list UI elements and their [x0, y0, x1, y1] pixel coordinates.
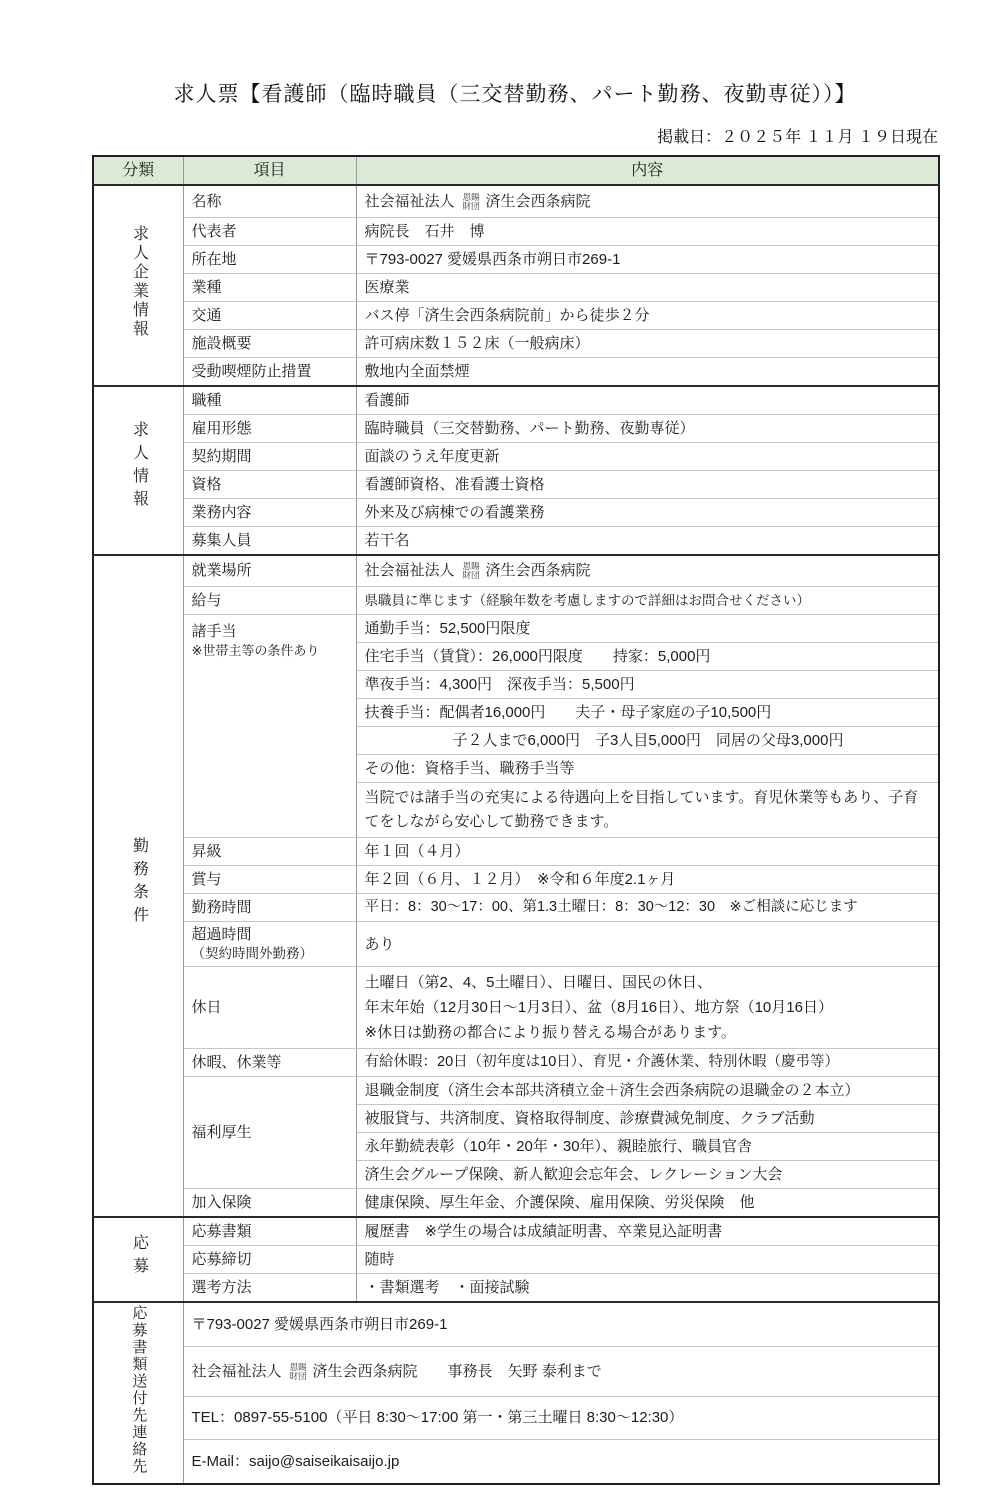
job-posting-table: 分類 項目 内容 求人企業情報 名称 社会福祉法人恩賜財団済生会西条病院 代表者…: [92, 155, 940, 1485]
cell-contract: 面談のうえ年度更新: [356, 442, 939, 470]
section-label-work-text: 勤務条件: [129, 837, 147, 929]
table-row: 選考方法 ・書類選考 ・面接試験: [93, 1274, 939, 1303]
cell-duties: 外来及び病棟での看護業務: [356, 498, 939, 526]
cell-allowance-housing: 住宅手当（賃貸）：26,000円限度 持家：5,000円: [356, 643, 939, 671]
cell-selection: ・書類選考 ・面接試験: [356, 1274, 939, 1303]
table-row: E-Mail：saijo@saiseikaisaijo.jp: [93, 1440, 939, 1484]
section-label-apply-text: 応募: [129, 1234, 147, 1280]
cell-industry: 医療業: [356, 273, 939, 301]
table-row: 所在地 〒793-0027 愛媛県西条市朔日市269-1: [93, 245, 939, 273]
table-row: 求人情報 職種 看護師: [93, 386, 939, 415]
cell-employment: 臨時職員（三交替勤務、パート勤務、夜勤専従）: [356, 414, 939, 442]
org-stack-bottom: 財団: [290, 1372, 307, 1381]
table-row: 勤務時間 平日：8：30～17：00、第1.3土曜日：8：30～12：30 ※ご…: [93, 894, 939, 922]
table-row: 超過時間 （契約時間外勤務） あり: [93, 922, 939, 967]
cell-salary: 県職員に準じます（経験年数を考慮しますので詳細はお問合せください）: [356, 587, 939, 615]
row-label-welfare: 福利厚生: [183, 1077, 356, 1189]
cell-overtime: あり: [356, 922, 939, 967]
org-name-line: 社会福祉法人恩賜財団済生会西条病院: [192, 1361, 418, 1382]
cell-leave: 有給休暇：20日（初年度は10日）、育児・介護休業、特別休暇（慶弔等）: [356, 1049, 939, 1077]
row-label-industry: 業種: [183, 273, 356, 301]
row-label-deadline: 応募締切: [183, 1246, 356, 1274]
col-header-item: 項目: [183, 156, 356, 185]
cell-welfare-awards: 永年勤続表彰（10年・20年・30年）、親睦旅行、職員官舎: [356, 1133, 939, 1161]
cell-contact-address: 〒793-0027 愛媛県西条市朔日市269-1: [183, 1302, 939, 1346]
holiday-line-3: ※休日は勤務の都合により振り替える場合があります。: [365, 1024, 736, 1041]
table-row: 業務内容 外来及び病棟での看護業務: [93, 498, 939, 526]
org-prefix: 社会福祉法人: [365, 562, 455, 579]
section-label-company-text: 求人企業情報: [129, 225, 147, 339]
table-row: 勤務条件 就業場所 社会福祉法人恩賜財団済生会西条病院: [93, 555, 939, 587]
table-row: 加入保険 健康保険、厚生年金、介護保険、雇用保険、労災保険 他: [93, 1189, 939, 1218]
row-label-job-type: 職種: [183, 386, 356, 415]
row-label-selection: 選考方法: [183, 1274, 356, 1303]
table-row: 賞与 年２回（６月、１２月） ※令和６年度2.1ヶ月: [93, 866, 939, 894]
cell-smoking: 敷地内全面禁煙: [356, 357, 939, 386]
table-row: 交通 バス停「済生会西条病院前」から徒歩２分: [93, 301, 939, 329]
contact-label-documents: 応募書類: [128, 1305, 148, 1373]
row-label-salary: 給与: [183, 587, 356, 615]
table-header-row: 分類 項目 内容: [93, 156, 939, 185]
cell-welfare-systems: 被服貸与、共済制度、資格取得制度、診療費減免制度、クラブ活動: [356, 1105, 939, 1133]
org-hospital-name: 済生会西条病院: [486, 193, 591, 210]
org-prefix: 社会福祉法人: [365, 193, 455, 210]
cell-facility: 許可病床数１５２床（一般病床）: [356, 329, 939, 357]
org-stack-bottom: 財団: [463, 202, 480, 211]
row-label-name: 名称: [183, 185, 356, 217]
table-row: 休暇、休業等 有給休暇：20日（初年度は10日）、育児・介護休業、特別休暇（慶弔…: [93, 1049, 939, 1077]
org-prefix: 社会福祉法人: [192, 1363, 282, 1380]
cell-allowance-children: 子２人まで6,000円 子3人目5,000円 同居の父母3,000円: [356, 727, 939, 755]
col-header-category: 分類: [93, 156, 183, 185]
table-row: 社会福祉法人恩賜財団済生会西条病院 事務長 矢野 泰利まで: [93, 1346, 939, 1396]
cell-welfare-retirement: 退職金制度（済生会本部共済積立金＋済生会西条病院の退職金の２本立）: [356, 1077, 939, 1105]
allowance-label-text: 諸手当: [192, 623, 237, 640]
row-label-holiday: 休日: [183, 967, 356, 1049]
row-label-hours: 勤務時間: [183, 894, 356, 922]
cell-contact-tel: TEL：0897-55-5100（平日 8:30～17:00 第一・第三土曜日 …: [183, 1396, 939, 1440]
row-label-qualification: 資格: [183, 470, 356, 498]
table-row: 応募締切 随時: [93, 1246, 939, 1274]
org-stack-bottom: 財団: [463, 571, 480, 580]
cell-representative: 病院長 石井 博: [356, 217, 939, 245]
row-label-smoking: 受動喫煙防止措置: [183, 357, 356, 386]
cell-allowance-dependents: 扶養手当：配偶者16,000円 夫子・母子家庭の子10,500円: [356, 699, 939, 727]
contact-officer: 事務長 矢野 泰利まで: [418, 1363, 602, 1380]
cell-welfare-events: 済生会グループ保険、新人歓迎会忘年会、レクレーション大会: [356, 1161, 939, 1189]
table-row: 昇級 年１回（４月）: [93, 838, 939, 866]
cell-hours: 平日：8：30～17：00、第1.3土曜日：8：30～12：30 ※ご相談に応じ…: [356, 894, 939, 922]
section-label-contact-text: 応募書類送付先連絡先: [128, 1305, 148, 1475]
table-row: 契約期間 面談のうえ年度更新: [93, 442, 939, 470]
row-label-allowances: 諸手当 ※世帯主等の条件あり: [183, 615, 356, 838]
org-name-line: 社会福祉法人恩賜財団済生会西条病院: [365, 560, 591, 581]
table-row: 福利厚生 退職金制度（済生会本部共済積立金＋済生会西条病院の退職金の２本立）: [93, 1077, 939, 1105]
section-label-job: 求人情報: [93, 386, 183, 555]
row-label-employment: 雇用形態: [183, 414, 356, 442]
table-row: 募集人員 若干名: [93, 526, 939, 555]
table-row: 業種 医療業: [93, 273, 939, 301]
table-row: 応募書類送付先連絡先 〒793-0027 愛媛県西条市朔日市269-1: [93, 1302, 939, 1346]
org-hospital-name: 済生会西条病院: [313, 1363, 418, 1380]
row-label-address: 所在地: [183, 245, 356, 273]
table-row: 求人企業情報 名称 社会福祉法人恩賜財団済生会西条病院: [93, 185, 939, 217]
cell-holiday: 土曜日（第2、4、5土曜日）、日曜日、国民の休日、 年末年始（12月30日～1月…: [356, 967, 939, 1049]
org-stacked-annotation: 恩賜財団: [463, 562, 480, 580]
section-label-work: 勤務条件: [93, 555, 183, 1218]
section-label-contact: 応募書類送付先連絡先: [93, 1302, 183, 1484]
row-label-bonus: 賞与: [183, 866, 356, 894]
cell-deadline: 随時: [356, 1246, 939, 1274]
cell-allowance-commute: 通勤手当：52,500円限度: [356, 615, 939, 643]
table-row: 資格 看護師資格、准看護士資格: [93, 470, 939, 498]
table-row: 諸手当 ※世帯主等の条件あり 通勤手当：52,500円限度: [93, 615, 939, 643]
row-label-representative: 代表者: [183, 217, 356, 245]
table-row: 休日 土曜日（第2、4、5土曜日）、日曜日、国民の休日、 年末年始（12月30日…: [93, 967, 939, 1049]
cell-documents: 履歴書 ※学生の場合は成績証明書、卒業見込証明書: [356, 1217, 939, 1246]
row-label-access: 交通: [183, 301, 356, 329]
row-label-duties: 業務内容: [183, 498, 356, 526]
section-label-job-text: 求人情報: [129, 421, 147, 513]
org-stacked-annotation: 恩賜財団: [463, 193, 480, 211]
page-title: 求人票【看護師（臨時職員（三交替勤務、パート勤務、夜勤専従））】: [92, 78, 938, 108]
cell-insurance: 健康保険、厚生年金、介護保険、雇用保険、労災保険 他: [356, 1189, 939, 1218]
table-row: 受動喫煙防止措置 敷地内全面禁煙: [93, 357, 939, 386]
row-label-contract: 契約期間: [183, 442, 356, 470]
col-header-content: 内容: [356, 156, 939, 185]
table-row: 給与 県職員に準じます（経験年数を考慮しますので詳細はお問合せください）: [93, 587, 939, 615]
table-row: 施設概要 許可病床数１５２床（一般病床）: [93, 329, 939, 357]
row-label-overtime: 超過時間 （契約時間外勤務）: [183, 922, 356, 967]
cell-workplace: 社会福祉法人恩賜財団済生会西条病院: [356, 555, 939, 587]
contact-label-contact: 連絡先: [128, 1424, 148, 1475]
row-label-insurance: 加入保険: [183, 1189, 356, 1218]
cell-openings: 若干名: [356, 526, 939, 555]
section-label-company: 求人企業情報: [93, 185, 183, 386]
row-label-leave: 休暇、休業等: [183, 1049, 356, 1077]
holiday-line-1: 土曜日（第2、4、5土曜日）、日曜日、国民の休日、: [365, 974, 713, 991]
row-label-workplace: 就業場所: [183, 555, 356, 587]
cell-raise: 年１回（４月）: [356, 838, 939, 866]
contact-label-sendto: 送付先: [128, 1373, 148, 1424]
cell-address: 〒793-0027 愛媛県西条市朔日市269-1: [356, 245, 939, 273]
org-name-line: 社会福祉法人恩賜財団済生会西条病院: [365, 191, 591, 212]
table-row: 応募 応募書類 履歴書 ※学生の場合は成績証明書、卒業見込証明書: [93, 1217, 939, 1246]
cell-allowance-other: その他：資格手当、職務手当等: [356, 755, 939, 783]
row-label-openings: 募集人員: [183, 526, 356, 555]
cell-qualification: 看護師資格、准看護士資格: [356, 470, 939, 498]
cell-bonus: 年２回（６月、１２月） ※令和６年度2.1ヶ月: [356, 866, 939, 894]
table-row: 代表者 病院長 石井 博: [93, 217, 939, 245]
overtime-label-line1: 超過時間: [192, 926, 252, 943]
cell-company-name: 社会福祉法人恩賜財団済生会西条病院: [356, 185, 939, 217]
overtime-label-line2: （契約時間外勤務）: [192, 946, 314, 961]
table-row: 雇用形態 臨時職員（三交替勤務、パート勤務、夜勤専従）: [93, 414, 939, 442]
cell-access: バス停「済生会西条病院前」から徒歩２分: [356, 301, 939, 329]
cell-contact-org: 社会福祉法人恩賜財団済生会西条病院 事務長 矢野 泰利まで: [183, 1346, 939, 1396]
org-hospital-name: 済生会西条病院: [486, 562, 591, 579]
cell-job-type: 看護師: [356, 386, 939, 415]
org-stacked-annotation: 恩賜財団: [290, 1363, 307, 1381]
cell-allowance-note: 当院では諸手当の充実による待遇向上を目指しています。育児休業等もあり、子育てをし…: [356, 783, 939, 838]
row-label-facility: 施設概要: [183, 329, 356, 357]
posting-date: 掲載日：２０２５年 １１月 １９日現在: [92, 124, 938, 147]
cell-contact-email: E-Mail：saijo@saiseikaisaijo.jp: [183, 1440, 939, 1484]
section-label-apply: 応募: [93, 1217, 183, 1302]
cell-allowance-night: 準夜手当：4,300円 深夜手当：5,500円: [356, 671, 939, 699]
allowance-note-text: ※世帯主等の条件あり: [192, 642, 348, 659]
table-row: TEL：0897-55-5100（平日 8:30～17:00 第一・第三土曜日 …: [93, 1396, 939, 1440]
holiday-line-2: 年末年始（12月30日～1月3日）、盆（8月16日）、地方祭（10月16日）: [365, 999, 833, 1016]
row-label-documents: 応募書類: [183, 1217, 356, 1246]
row-label-raise: 昇級: [183, 838, 356, 866]
